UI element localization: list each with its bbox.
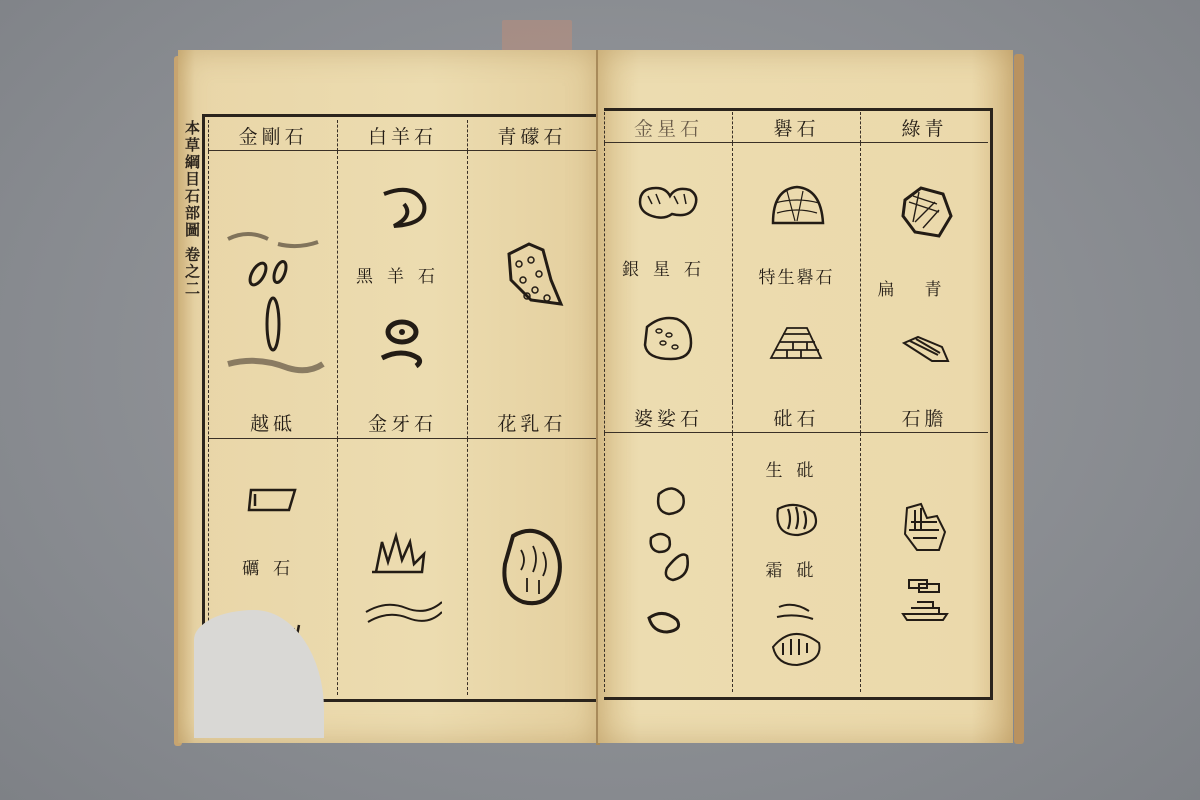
- entry-title: 金星石: [604, 112, 732, 143]
- frosted-arsenic-icon: [767, 599, 827, 669]
- open-book: 本草綱目石部圖 卷之二 金剛石 白羊石 青礞石 黑羊石: [178, 50, 1018, 750]
- hatched-shard-icon: [900, 333, 950, 363]
- left-page: 本草綱目石部圖 卷之二 金剛石 白羊石 青礞石 黑羊石: [178, 50, 598, 743]
- hatched-crystal-icon: [895, 182, 955, 242]
- entry-illustration-baiyangshi: 黑羊石: [337, 151, 466, 408]
- entry-illustration-yushi: 特生礜石: [732, 143, 860, 402]
- entry-title: 婆娑石: [604, 402, 732, 433]
- small-pebbles-icon: [639, 478, 699, 648]
- entry-illustration-huarushi: [467, 439, 596, 696]
- entry-title: 石膽: [860, 402, 988, 433]
- netted-dome-icon: [767, 183, 827, 228]
- ring-stone-icon: [372, 314, 432, 374]
- entry-title: 綠青: [860, 112, 988, 143]
- left-page-grid: 金剛石 白羊石 青礞石 黑羊石: [208, 120, 596, 695]
- right-page-grid: 金星石 礜石 綠青 銀星石 特生礜石: [604, 112, 988, 692]
- speckled-rock-icon: [639, 313, 699, 363]
- slab-stone-icon: [243, 484, 303, 514]
- sub-label: 特生礜石: [759, 263, 835, 288]
- sub-label: 銀星石: [622, 255, 715, 280]
- right-page: 金星石 礜石 綠青 銀星石 特生礜石: [598, 50, 1013, 743]
- brick-rock-icon: [767, 322, 827, 362]
- sub-label: 黑羊石: [356, 262, 449, 287]
- entry-title: 花乳石: [467, 408, 596, 439]
- sub-label: 霜砒: [766, 556, 828, 581]
- entry-illustration-jingangshi: [208, 151, 337, 408]
- left-margin-title: 本草綱目石部圖 卷之二: [182, 120, 203, 297]
- entry-illustration-shidan: [860, 433, 988, 692]
- layered-blocks-icon: [895, 498, 955, 628]
- entry-illustration-jinyashi: [337, 439, 466, 696]
- entry-title: 金牙石: [337, 408, 466, 439]
- entry-illustration-qingmengshi: [467, 151, 596, 408]
- hook-stone-icon: [372, 184, 432, 234]
- speckled-nodule-icon: [634, 182, 704, 222]
- faded-rock-marks-icon: [218, 169, 328, 389]
- entry-title: 金剛石: [208, 120, 337, 151]
- sub-label: 生砒: [766, 456, 828, 481]
- dotted-rock-icon: [497, 234, 567, 324]
- entry-title: 越砥: [208, 408, 337, 439]
- sub-label: 扁青: [878, 275, 972, 300]
- veined-lump-icon: [772, 499, 822, 539]
- entry-illustration-pishi: 生砒 霜砒: [732, 433, 860, 692]
- entry-title: 青礞石: [467, 120, 596, 151]
- entry-title: 砒石: [732, 402, 860, 433]
- entry-title: 礜石: [732, 112, 860, 143]
- entry-illustration-posuoshi: [604, 433, 732, 692]
- entry-title: 白羊石: [337, 120, 466, 151]
- sub-label: 礪石: [242, 554, 304, 579]
- spiky-crystal-icon: [362, 502, 442, 632]
- book-edge-right: [1014, 54, 1024, 744]
- veined-rock-icon: [497, 522, 567, 612]
- entry-illustration-jinxingshi: 銀星石: [604, 143, 732, 402]
- entry-illustration-lvqing: 扁青: [860, 143, 988, 402]
